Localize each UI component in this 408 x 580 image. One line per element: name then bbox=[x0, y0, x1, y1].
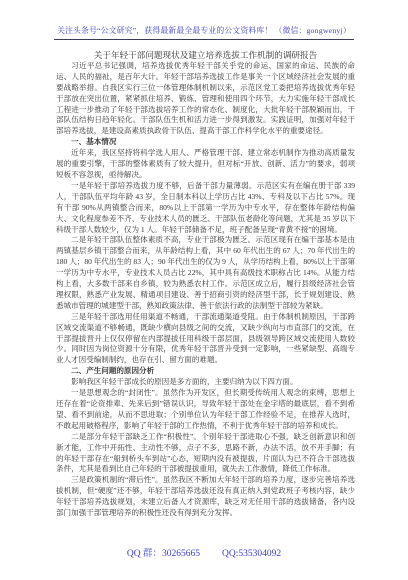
paragraph-cause-3: 三是政策机制的“滞后性”。虽然我区不断加大年轻干部的培养力度，逐步完善培养选拔机… bbox=[56, 475, 355, 519]
section-heading-2: 二、产生问题的原因分析 bbox=[56, 366, 355, 377]
qq-number: QQ:535304092 bbox=[222, 549, 281, 559]
document-content: 关于年轻干部问题现状及建立培养选拔工作机制的调研报告 习近平总书记强调，培养选拔… bbox=[56, 50, 355, 519]
paragraph-overview: 近年来，我区坚持将科学选人用人、严格管理干部、建立常态机制作为推动高质量发展的重… bbox=[56, 148, 355, 181]
paragraph-issue-2: 二是年轻干部队伍整体素质不高，专业干部极为匮乏。示范区现有在编干部基本是由两镇基… bbox=[56, 235, 355, 311]
promo-header-text: 关注头条号“公文研究”，获得最新最全最专业的公文资料库！ （微信：gongwen… bbox=[57, 26, 351, 35]
qq-group-number: QQ 群：30265665 bbox=[127, 549, 200, 559]
paragraph-cause-1: 一是思想观念的“封闭性”。虽然作为开发区，但长期受传统用人观念的束缚，思想上还存… bbox=[56, 388, 355, 432]
document-title: 关于年轻干部问题现状及建立培养选拔工作机制的调研报告 bbox=[56, 50, 355, 61]
paragraph-intro: 习近平总书记强调，培养选拔优秀年轻干部关乎党的命运、国家的命运、民族的命运、人民… bbox=[56, 61, 355, 137]
paragraph-issue-1: 一是年轻干部培养选拔力度不够，后备干部力量薄弱。示范区实有在编在册干部 339 … bbox=[56, 181, 355, 236]
paragraph-cause-intro: 影响我区年轻干部成长的原因是多方面的，主要归纳为以下四方面。 bbox=[56, 377, 355, 388]
paragraph-issue-3: 三是年轻干部选用任用渠道不畅通，干部流通渠道受阻。由于体制机制原因，干部跨区域交… bbox=[56, 312, 355, 367]
contact-footer: QQ 群：30265665QQ:535304092 bbox=[0, 548, 408, 560]
section-heading-1: 一、基本情况 bbox=[56, 137, 355, 148]
document-page: 关注头条号“公文研究”，获得最新最全最专业的公文资料库！ （微信：gongwen… bbox=[0, 0, 408, 580]
paragraph-cause-2: 二是部分年轻干部缺乏工作“积极性”。个别年轻干部进取心不强，缺乏创新意识和创新才… bbox=[56, 432, 355, 476]
promo-header: 关注头条号“公文研究”，获得最新最全最专业的公文资料库！ （微信：gongwen… bbox=[54, 26, 354, 40]
